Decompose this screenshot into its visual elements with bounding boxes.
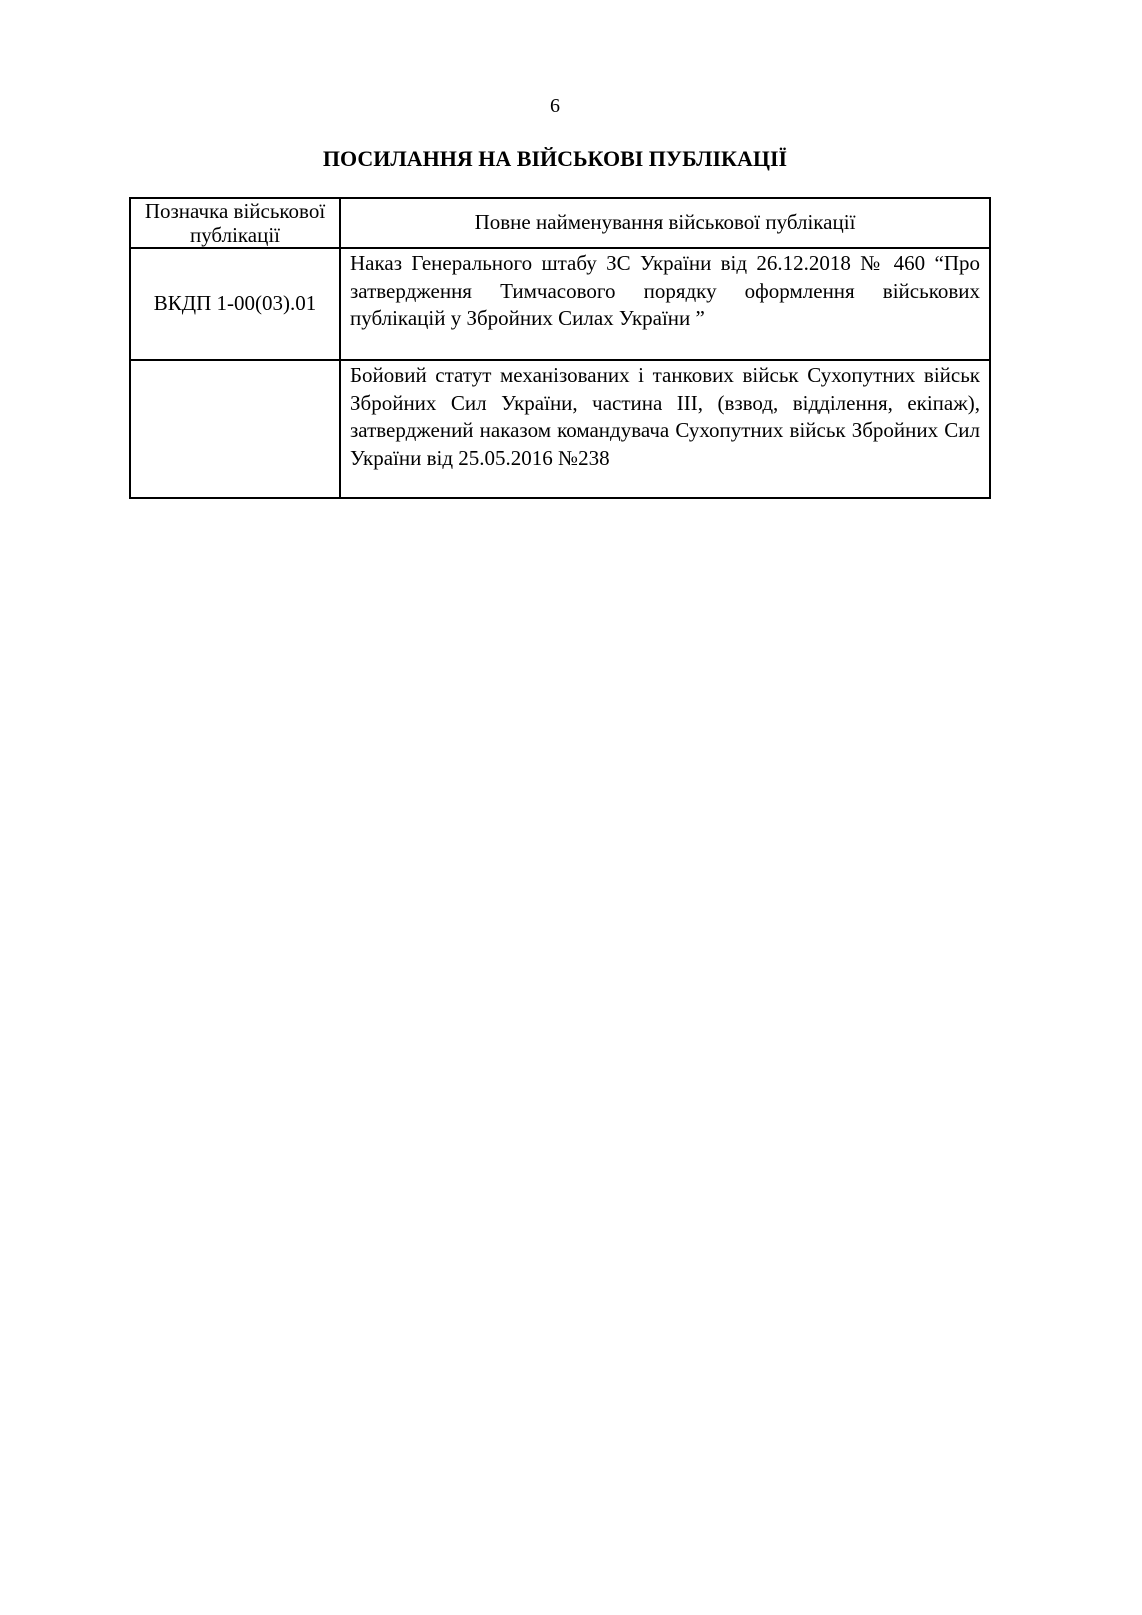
publication-code-cell: ВКДП 1-00(03).01 <box>130 248 340 360</box>
page-number: 6 <box>0 94 1110 118</box>
table-row: Бойовий статут механізованих і танкових … <box>130 360 990 498</box>
column-header-name: Повне найменування військової публікації <box>340 198 990 248</box>
military-publications-table: Позначка військової публікації Повне най… <box>129 197 991 499</box>
publication-name-cell: Бойовий статут механізованих і танкових … <box>340 360 990 498</box>
publication-code-cell <box>130 360 340 498</box>
table-row: ВКДП 1-00(03).01 Наказ Генерального штаб… <box>130 248 990 360</box>
page-title: ПОСИЛАННЯ НА ВІЙСЬКОВІ ПУБЛІКАЦІЇ <box>0 145 1110 173</box>
publication-name-cell: Наказ Генерального штабу ЗС України від … <box>340 248 990 360</box>
column-header-code: Позначка військової публікації <box>130 198 340 248</box>
table-header-row: Позначка військової публікації Повне най… <box>130 198 990 248</box>
